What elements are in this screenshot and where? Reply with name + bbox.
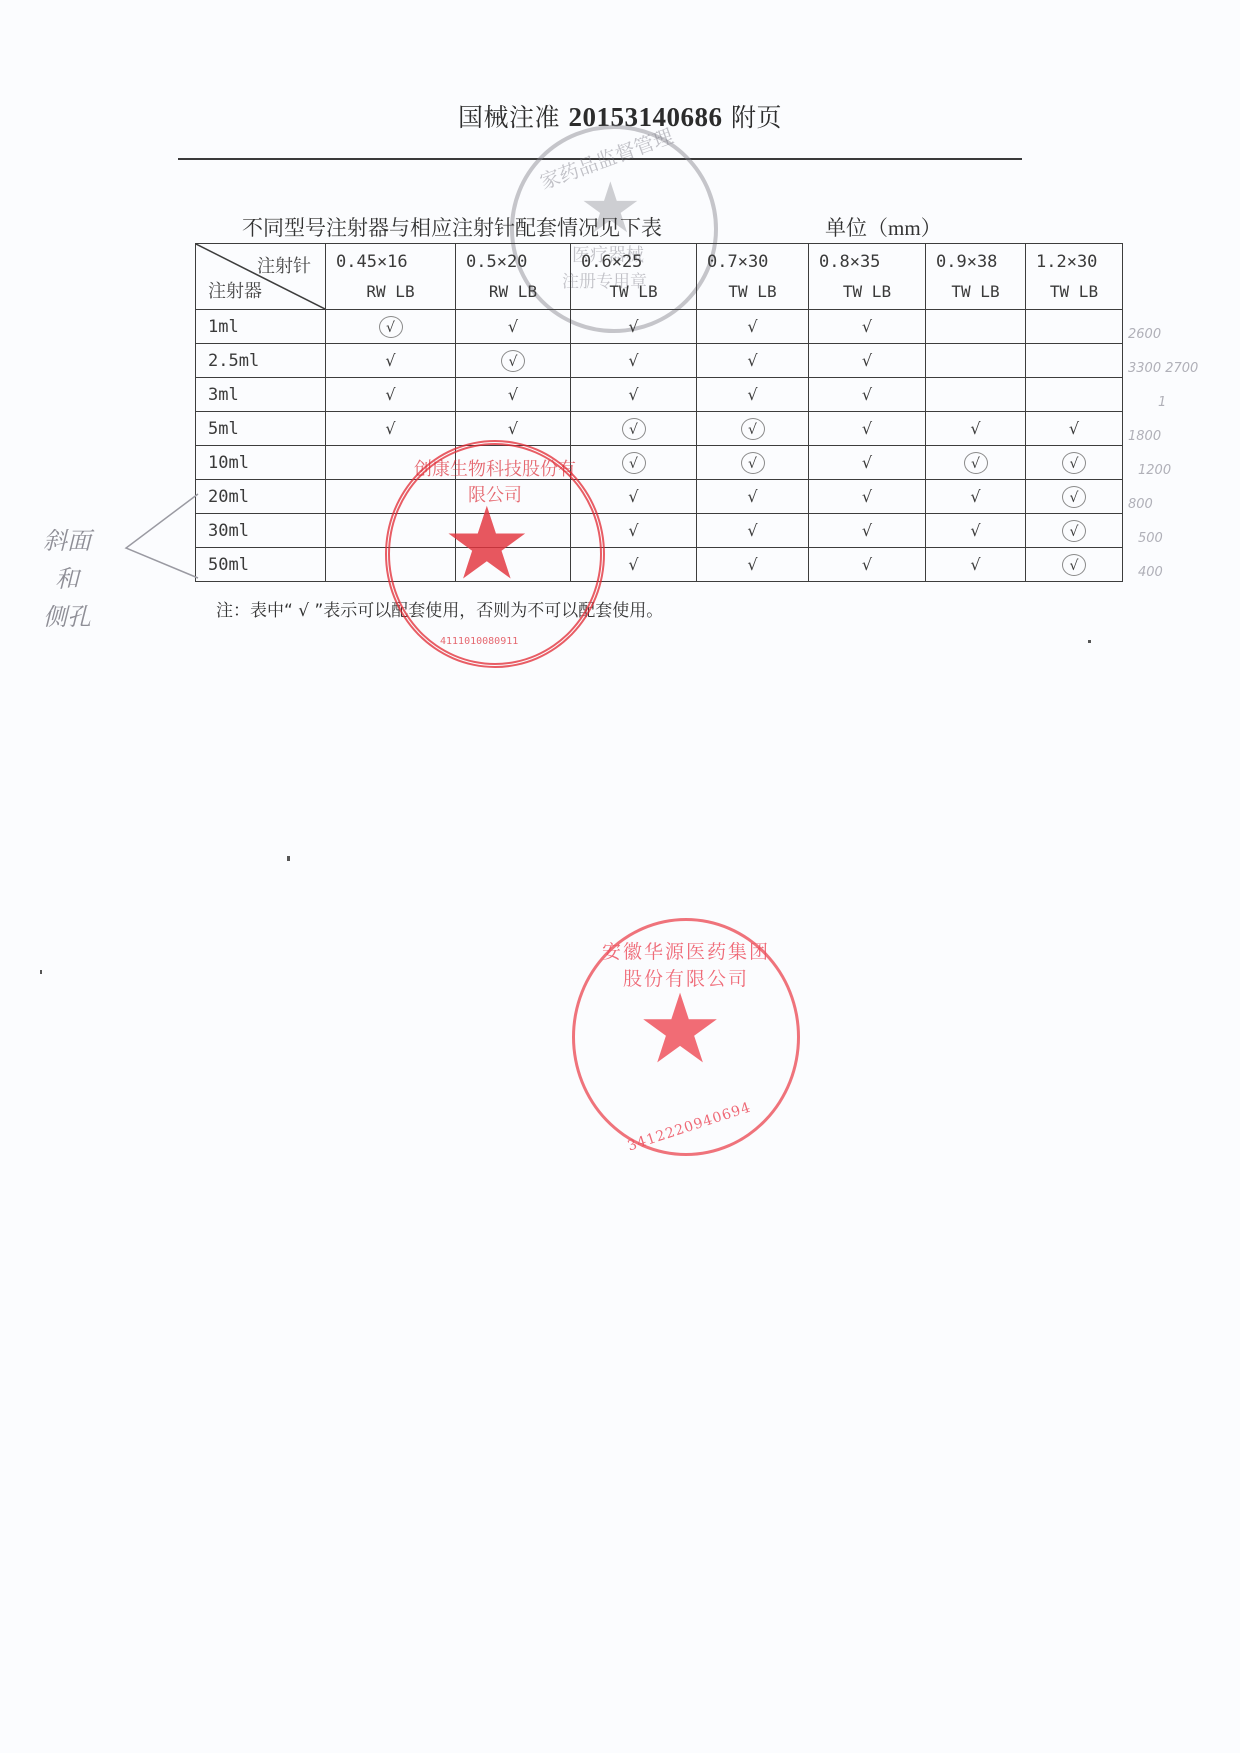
compatible-cell: √ bbox=[571, 344, 697, 378]
compatible-cell: √ bbox=[926, 412, 1026, 446]
compatible-cell: √ bbox=[571, 310, 697, 344]
syringe-size-label: 5ml bbox=[196, 412, 326, 446]
compatible-cell: √ bbox=[809, 412, 926, 446]
check-icon: √ bbox=[508, 419, 518, 438]
syringe-size-label: 30ml bbox=[196, 514, 326, 548]
compatible-cell: √ bbox=[456, 412, 571, 446]
check-icon: √ bbox=[628, 385, 638, 404]
corner-header-cell: 注射针 注射器 bbox=[196, 244, 326, 310]
check-icon: √ bbox=[862, 317, 872, 336]
check-icon: √ bbox=[862, 521, 872, 540]
compatible-cell: √ bbox=[697, 514, 809, 548]
compatible-cell: √ bbox=[926, 480, 1026, 514]
syringe-size-label: 2.5ml bbox=[196, 344, 326, 378]
needle-size: 0.9×38 bbox=[926, 247, 1025, 277]
title-prefix: 国械注准 bbox=[458, 103, 560, 132]
scan-speck bbox=[287, 856, 290, 861]
compatible-cell: √ bbox=[697, 378, 809, 412]
check-icon: √ bbox=[1069, 419, 1079, 438]
syringe-size-label: 20ml bbox=[196, 480, 326, 514]
check-icon: √ bbox=[862, 487, 872, 506]
syringe-size-label: 50ml bbox=[196, 548, 326, 582]
table-row: 1ml√√√√√ bbox=[196, 310, 1123, 344]
needle-type: RW LB bbox=[456, 277, 570, 307]
check-icon: √ bbox=[628, 351, 638, 370]
compatible-cell: √ bbox=[926, 548, 1026, 582]
needle-column-header: 1.2×30TW LB bbox=[1026, 244, 1123, 310]
needle-size: 0.45×16 bbox=[326, 247, 455, 277]
needle-type: RW LB bbox=[326, 277, 455, 307]
compatible-cell: √ bbox=[326, 344, 456, 378]
check-icon: √ bbox=[628, 555, 638, 574]
stamp-red1-text: 创康生物科技股份有限公司 bbox=[410, 455, 580, 507]
compatible-cell: √ bbox=[456, 344, 571, 378]
syringe-size-label: 3ml bbox=[196, 378, 326, 412]
compatible-cell: √ bbox=[697, 310, 809, 344]
check-icon: √ bbox=[747, 521, 757, 540]
needle-type: TW LB bbox=[697, 277, 808, 307]
handwritten-note-right: 2600 3300 2700 1 1800 1200 800 500 400 bbox=[1128, 318, 1198, 590]
compatible-cell: √ bbox=[809, 310, 926, 344]
circled-check-icon: √ bbox=[379, 316, 403, 338]
needle-column-header: 0.6×25TW LB bbox=[571, 244, 697, 310]
compatible-cell: √ bbox=[926, 446, 1026, 480]
check-icon: √ bbox=[970, 555, 980, 574]
syringe-axis-label: 注射器 bbox=[208, 277, 262, 303]
needle-size: 0.8×35 bbox=[809, 247, 925, 277]
compatible-cell: √ bbox=[697, 446, 809, 480]
stamp-red1-code: 4111010080911 bbox=[440, 636, 518, 647]
check-icon: √ bbox=[628, 521, 638, 540]
empty-cell bbox=[926, 344, 1026, 378]
table-row: 3ml√√√√√ bbox=[196, 378, 1123, 412]
needle-column-header: 0.8×35TW LB bbox=[809, 244, 926, 310]
title-suffix: 附页 bbox=[731, 103, 782, 132]
circled-check-icon: √ bbox=[964, 452, 988, 474]
check-icon: √ bbox=[628, 487, 638, 506]
circled-check-icon: √ bbox=[1062, 554, 1086, 576]
check-icon: √ bbox=[970, 419, 980, 438]
stamp-red2-code: 3412220940694 bbox=[626, 1099, 753, 1154]
needle-axis-label: 注射针 bbox=[257, 252, 311, 278]
stamp-red2-text: 安徽华源医药集团股份有限公司 bbox=[593, 937, 779, 991]
handwritten-bracket-arrow bbox=[120, 492, 200, 582]
check-icon: √ bbox=[862, 385, 872, 404]
compatible-cell: √ bbox=[326, 412, 456, 446]
needle-type: TW LB bbox=[926, 277, 1025, 307]
compatible-cell: √ bbox=[809, 378, 926, 412]
table-row: 30ml√√√√√ bbox=[196, 514, 1123, 548]
compatible-cell: √ bbox=[571, 412, 697, 446]
check-icon: √ bbox=[970, 521, 980, 540]
table-row: 50ml√√√√√ bbox=[196, 548, 1123, 582]
check-icon: √ bbox=[385, 351, 395, 370]
check-icon: √ bbox=[385, 419, 395, 438]
syringe-size-label: 10ml bbox=[196, 446, 326, 480]
circled-check-icon: √ bbox=[501, 350, 525, 372]
needle-type: TW LB bbox=[571, 277, 696, 307]
table-header-row: 注射针 注射器 0.45×16RW LB0.5×20RW LB0.6×25TW … bbox=[196, 244, 1123, 310]
compatible-cell: √ bbox=[697, 412, 809, 446]
table-row: 2.5ml√√√√√ bbox=[196, 344, 1123, 378]
compatible-cell: √ bbox=[926, 514, 1026, 548]
compatible-cell: √ bbox=[697, 548, 809, 582]
check-icon: √ bbox=[747, 317, 757, 336]
handwritten-note-left: 斜面 和 侧孔 bbox=[32, 522, 102, 636]
table-row: 5ml√√√√√√√ bbox=[196, 412, 1123, 446]
compatible-cell: √ bbox=[809, 548, 926, 582]
check-icon: √ bbox=[862, 351, 872, 370]
empty-cell bbox=[926, 378, 1026, 412]
empty-cell bbox=[1026, 378, 1123, 412]
needle-size: 1.2×30 bbox=[1026, 247, 1122, 277]
compatible-cell: √ bbox=[1026, 514, 1123, 548]
circled-check-icon: √ bbox=[1062, 452, 1086, 474]
circled-check-icon: √ bbox=[1062, 486, 1086, 508]
company-seal-stamp-1: ★ 创康生物科技股份有限公司 4111010080911 bbox=[385, 440, 605, 668]
compatible-cell: √ bbox=[571, 378, 697, 412]
check-icon: √ bbox=[747, 385, 757, 404]
needle-column-header: 0.5×20RW LB bbox=[456, 244, 571, 310]
needle-column-header: 0.7×30TW LB bbox=[697, 244, 809, 310]
check-icon: √ bbox=[747, 487, 757, 506]
needle-size: 0.5×20 bbox=[456, 247, 570, 277]
compatible-cell: √ bbox=[326, 378, 456, 412]
compatible-cell: √ bbox=[1026, 480, 1123, 514]
check-icon: √ bbox=[508, 385, 518, 404]
needle-size: 0.6×25 bbox=[571, 247, 696, 277]
circled-check-icon: √ bbox=[622, 452, 646, 474]
needle-type: TW LB bbox=[809, 277, 925, 307]
empty-cell bbox=[1026, 344, 1123, 378]
compatible-cell: √ bbox=[809, 514, 926, 548]
needle-size: 0.7×30 bbox=[697, 247, 808, 277]
table-row: 20ml√√√√√ bbox=[196, 480, 1123, 514]
check-icon: √ bbox=[862, 419, 872, 438]
check-icon: √ bbox=[862, 555, 872, 574]
check-icon: √ bbox=[385, 385, 395, 404]
syringe-size-label: 1ml bbox=[196, 310, 326, 344]
check-icon: √ bbox=[970, 487, 980, 506]
compatible-cell: √ bbox=[326, 310, 456, 344]
circled-check-icon: √ bbox=[1062, 520, 1086, 542]
unit-label: 单位（mm） bbox=[825, 212, 942, 242]
compatible-cell: √ bbox=[697, 480, 809, 514]
compatible-cell: √ bbox=[1026, 446, 1123, 480]
needle-column-header: 0.9×38TW LB bbox=[926, 244, 1026, 310]
check-icon: √ bbox=[628, 317, 638, 336]
needle-type: TW LB bbox=[1026, 277, 1122, 307]
circled-check-icon: √ bbox=[741, 418, 765, 440]
compatibility-table: 注射针 注射器 0.45×16RW LB0.5×20RW LB0.6×25TW … bbox=[195, 243, 1123, 582]
compatible-cell: √ bbox=[697, 344, 809, 378]
compatible-cell: √ bbox=[1026, 548, 1123, 582]
table-caption: 不同型号注射器与相应注射针配套情况见下表 bbox=[242, 212, 662, 242]
needle-column-header: 0.45×16RW LB bbox=[326, 244, 456, 310]
circled-check-icon: √ bbox=[741, 452, 765, 474]
empty-cell bbox=[1026, 310, 1123, 344]
scan-speck bbox=[1088, 640, 1091, 643]
check-icon: √ bbox=[862, 453, 872, 472]
check-icon: √ bbox=[508, 317, 518, 336]
compatible-cell: √ bbox=[809, 480, 926, 514]
circled-check-icon: √ bbox=[622, 418, 646, 440]
scan-speck bbox=[40, 970, 42, 974]
compatible-cell: √ bbox=[809, 446, 926, 480]
compatible-cell: √ bbox=[456, 310, 571, 344]
compatible-cell: √ bbox=[809, 344, 926, 378]
compatible-cell: √ bbox=[571, 446, 697, 480]
compatible-cell: √ bbox=[1026, 412, 1123, 446]
check-icon: √ bbox=[747, 555, 757, 574]
table-row: 10ml√√√√√ bbox=[196, 446, 1123, 480]
compatible-cell: √ bbox=[456, 378, 571, 412]
company-seal-stamp-2: ★ 安徽华源医药集团股份有限公司 3412220940694 bbox=[572, 918, 800, 1156]
empty-cell bbox=[926, 310, 1026, 344]
check-icon: √ bbox=[747, 351, 757, 370]
